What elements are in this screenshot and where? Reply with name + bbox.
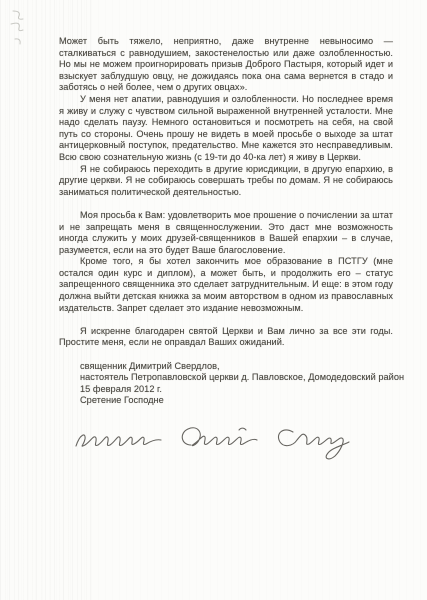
feast-name: Сретение Господне — [80, 395, 393, 407]
letter-date: 15 февраля 2012 г. — [80, 384, 393, 396]
paragraph-2: У меня нет апатии, равнодушия и озлоблен… — [59, 94, 393, 164]
signatory-name: священник Димитрий Свердлов, — [80, 361, 393, 373]
paragraph-4: Моя просьба к Вам: удовлетворить мое про… — [59, 210, 393, 256]
paragraph-1: Может быть тяжело, неприятно, даже внутр… — [59, 36, 393, 94]
paragraph-6: Я искренне благодарен святой Церкви и Ва… — [59, 326, 393, 349]
pencil-marks-icon — [3, 4, 43, 54]
signature-block: священник Димитрий Свердлов, настоятель … — [59, 361, 393, 407]
scanned-letter-page: Может быть тяжело, неприятно, даже внутр… — [0, 0, 427, 600]
paragraph-3: Я не собираюсь переходить в другие юрисд… — [59, 164, 393, 199]
letter-body: Может быть тяжело, неприятно, даже внутр… — [59, 36, 393, 464]
signatory-title: настоятель Петропавловской церкви д. Пав… — [80, 372, 393, 384]
handwritten-signature — [73, 412, 353, 464]
paragraph-5: Кроме того, я бы хотел закончить мое обр… — [59, 256, 393, 314]
